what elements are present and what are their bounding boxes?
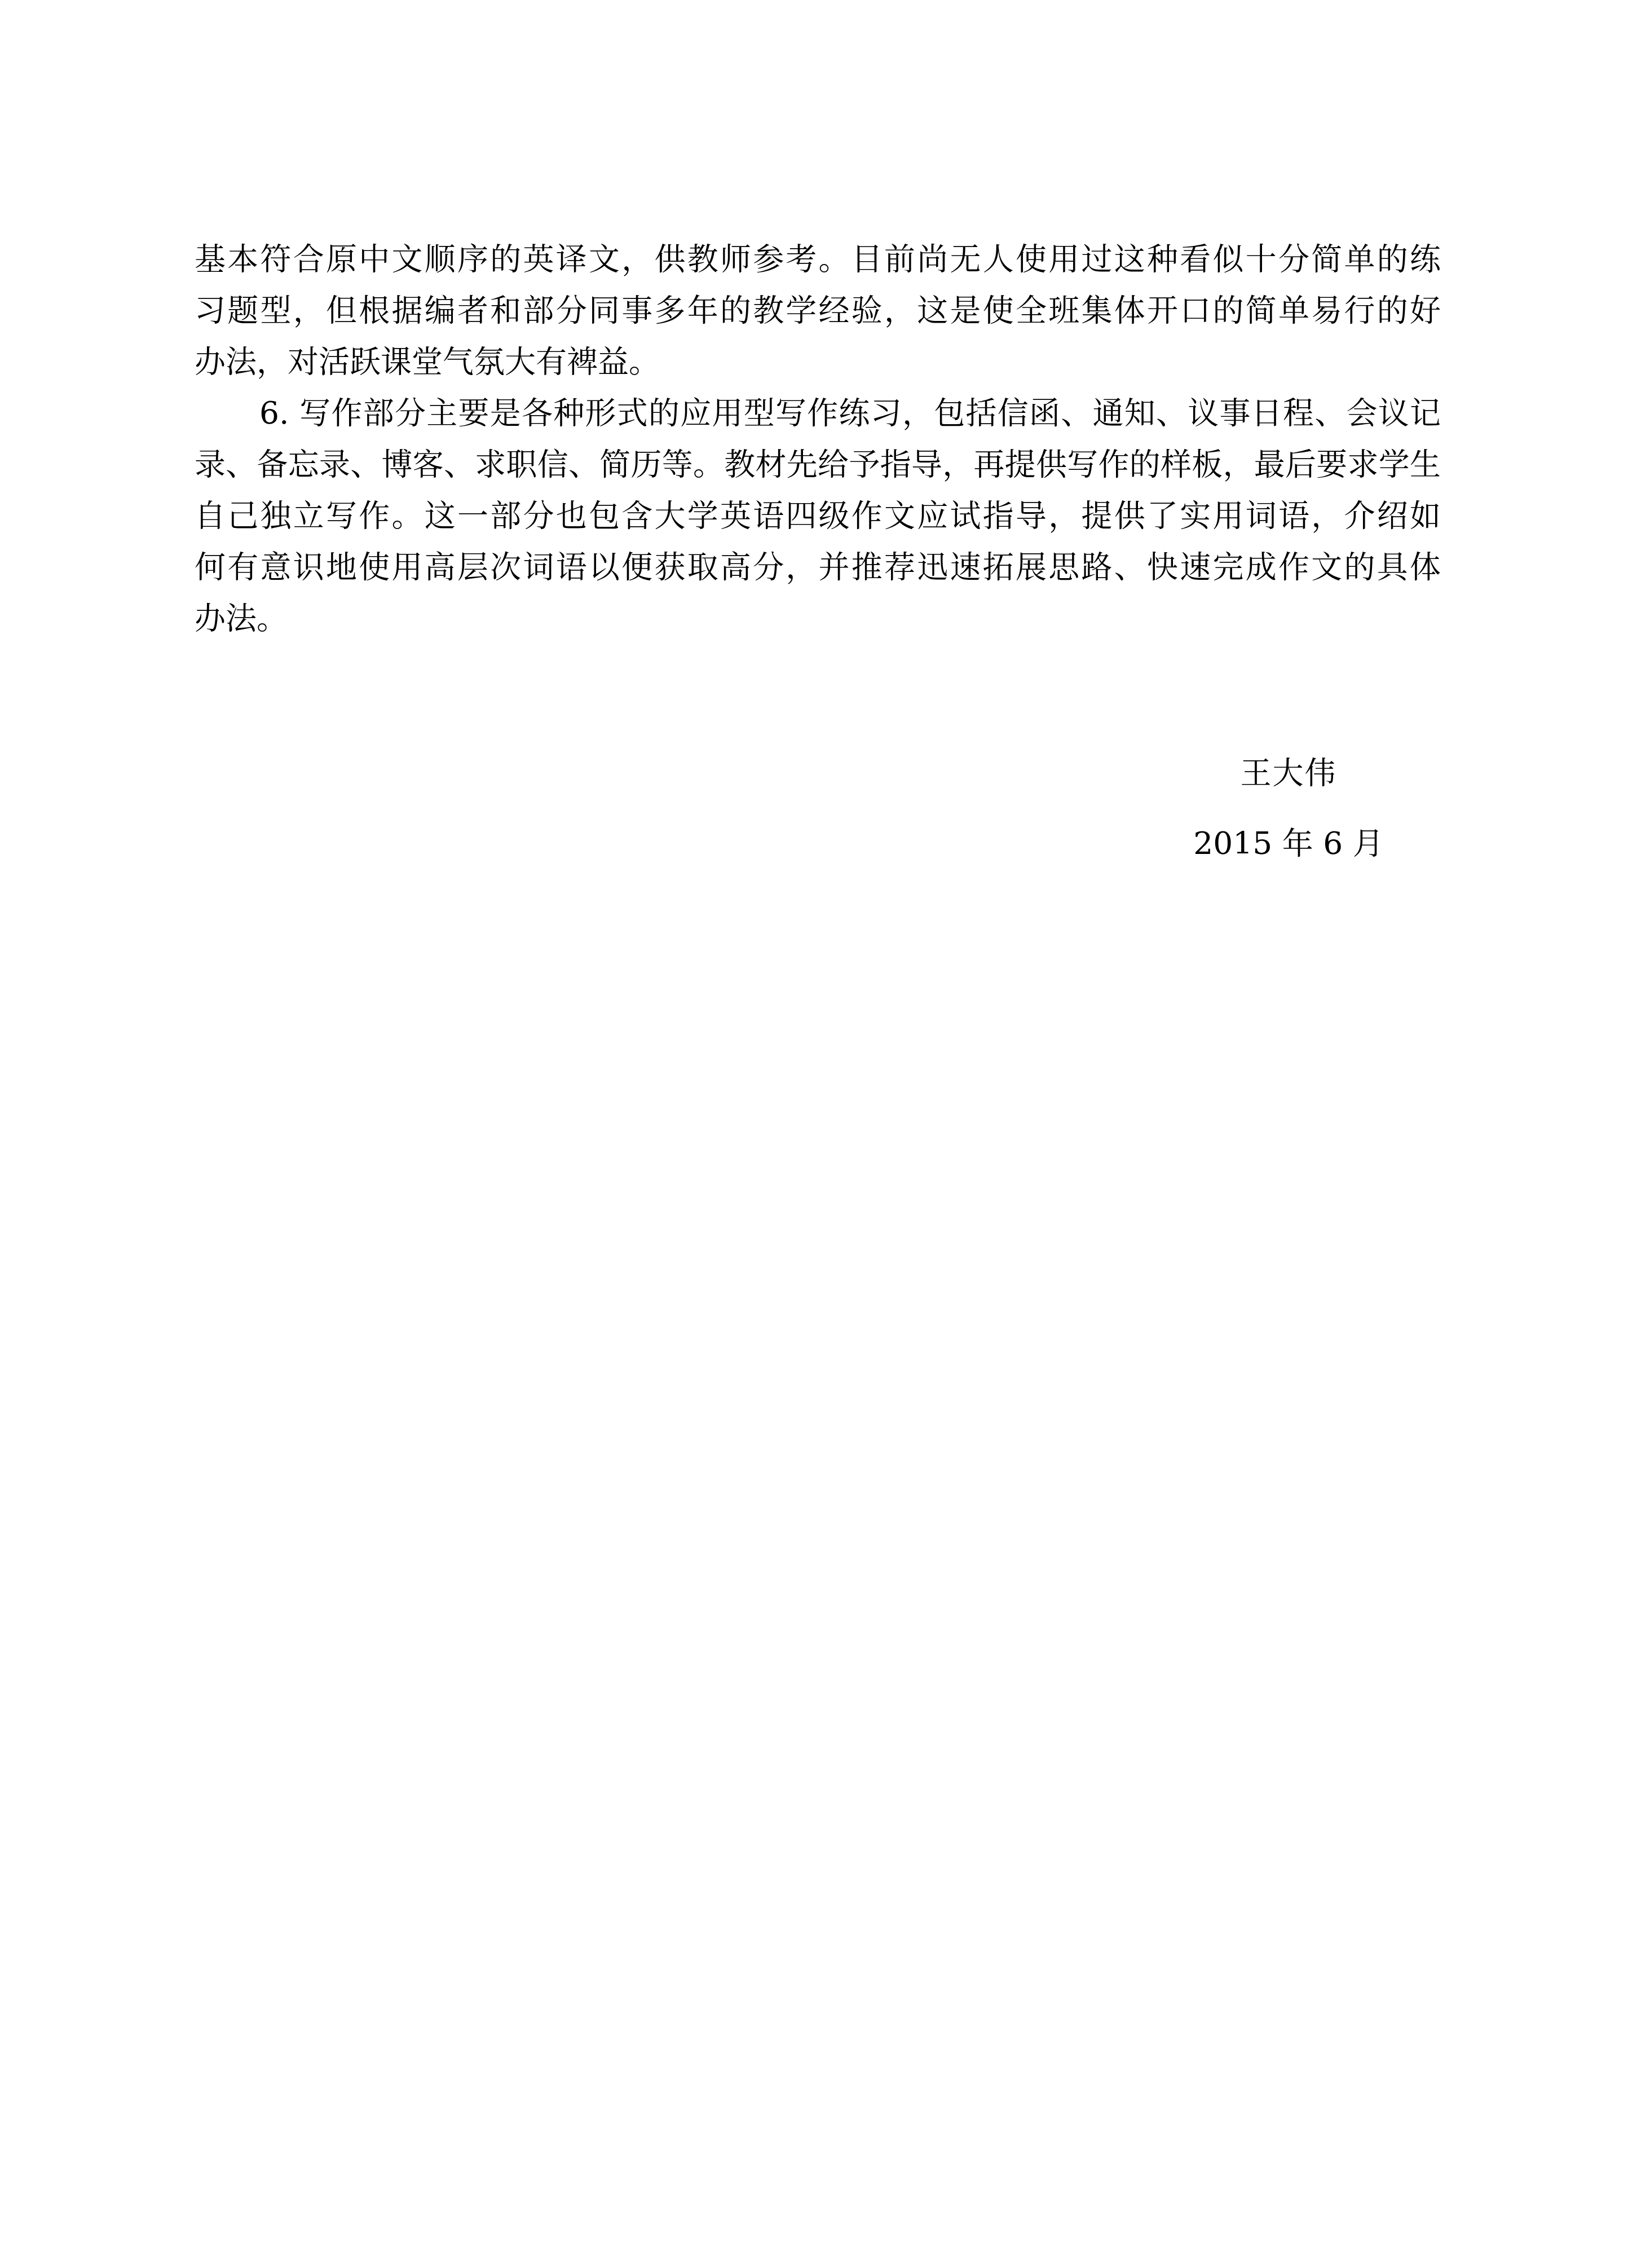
paragraph-2-line-2: 录、备忘录、博客、求职信、简历等。教材先给予指导，再提供写作的样板，最后要求学生 xyxy=(195,439,1441,490)
signature-author: 王大伟 xyxy=(1159,747,1418,799)
signature-date: 2015 年 6 月 xyxy=(1159,818,1418,869)
scanned-page: 基本符合原中文顺序的英译文，供教师参考。目前尚无人使用过这种看似十分简单的练习题… xyxy=(0,0,1628,2268)
paragraph-1-line-2: 习题型，但根据编者和部分同事多年的教学经验，这是使全班集体开口的简单易行的好 xyxy=(195,285,1441,336)
paragraph-2-line-3: 自己独立写作。这一部分也包含大学英语四级作文应试指导，提供了实用词语，介绍如 xyxy=(195,490,1441,541)
paragraph-2-line-4: 何有意识地使用高层次词语以便获取高分，并推荐迅速拓展思路、快速完成作文的具体 xyxy=(195,541,1441,593)
paragraphs-container: 基本符合原中文顺序的英译文，供教师参考。目前尚无人使用过这种看似十分简单的练习题… xyxy=(195,234,1441,644)
paragraph-2-line-1: 6. 写作部分主要是各种形式的应用型写作练习，包括信函、通知、议事日程、会议记 xyxy=(195,387,1441,439)
signature-block: 王大伟 2015 年 6 月 xyxy=(1159,747,1418,869)
paragraph-1-line-3: 办法，对活跃课堂气氛大有裨益。 xyxy=(195,336,1441,387)
paragraph-1-line-1: 基本符合原中文顺序的英译文，供教师参考。目前尚无人使用过这种看似十分简单的练 xyxy=(195,234,1441,285)
paragraph-2-line-5: 办法。 xyxy=(195,593,1441,644)
document-body: 基本符合原中文顺序的英译文，供教师参考。目前尚无人使用过这种看似十分简单的练习题… xyxy=(195,234,1441,869)
